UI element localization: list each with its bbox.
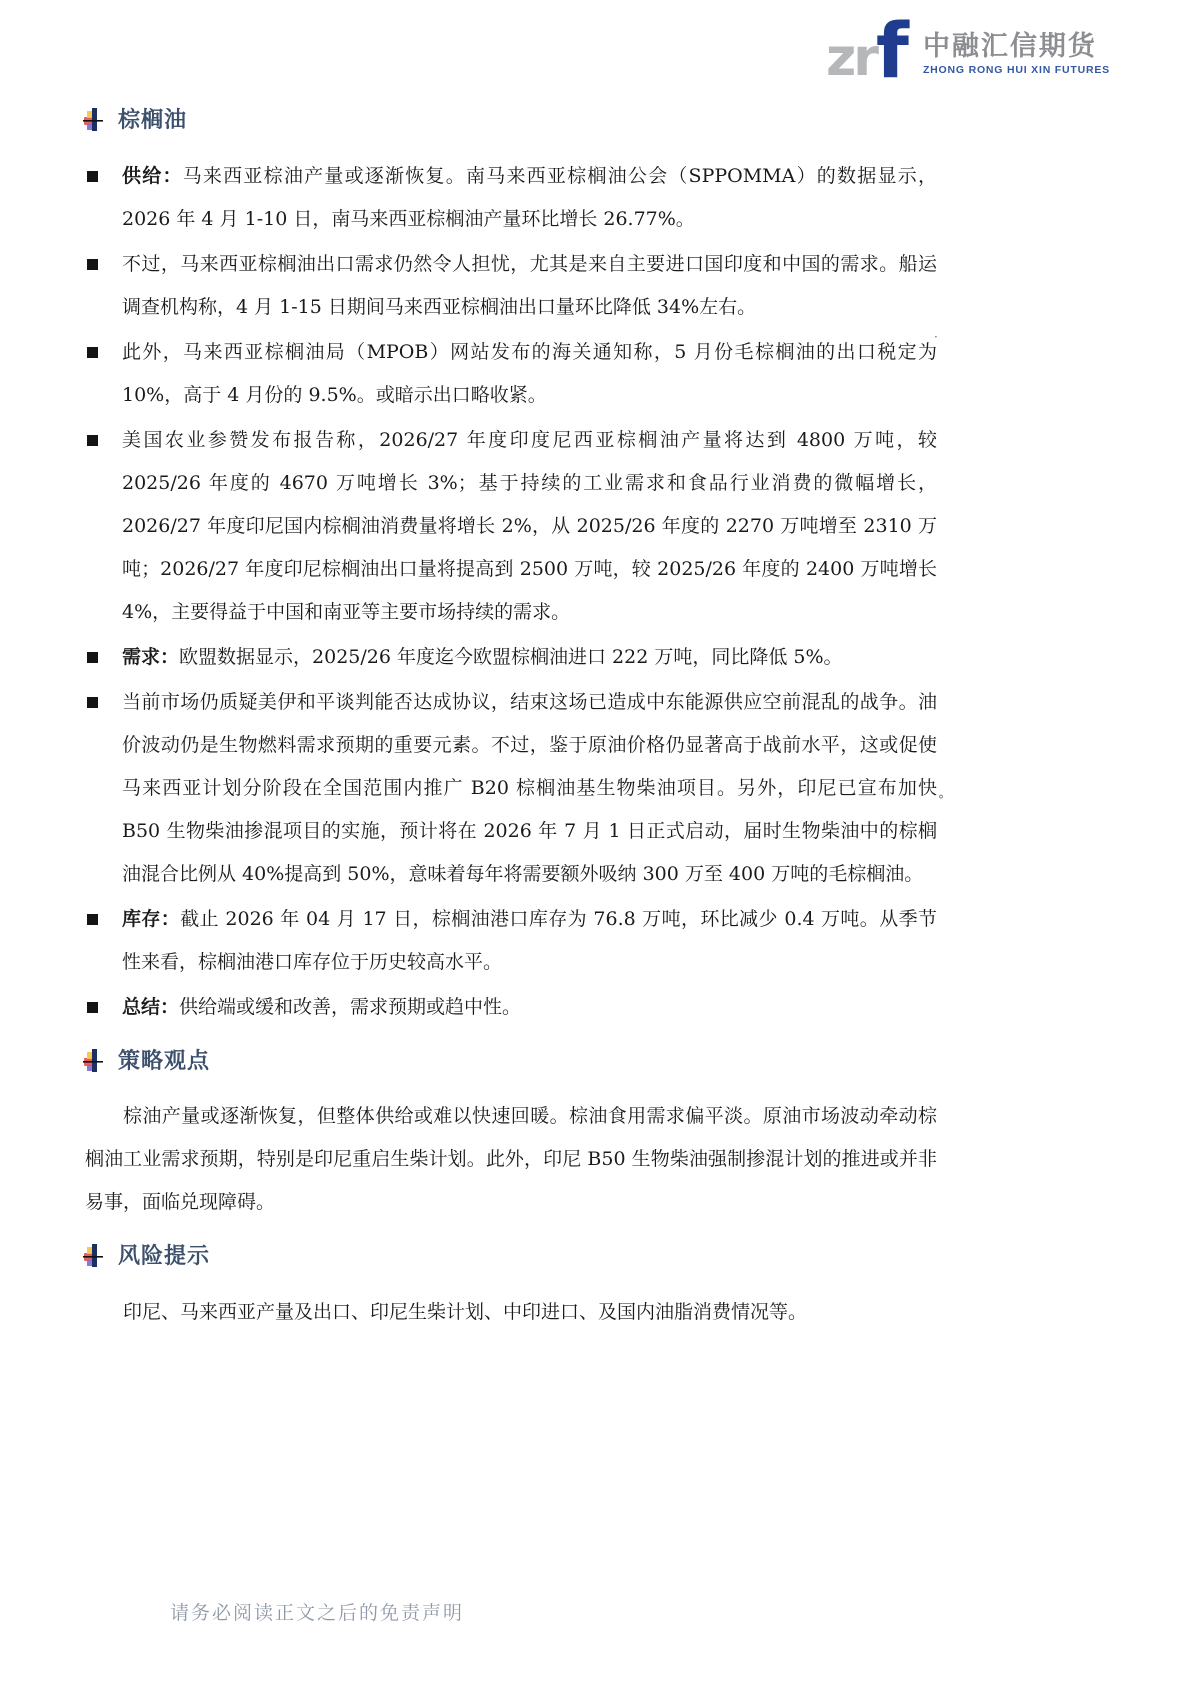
bullet-lead: 供给：	[122, 165, 183, 187]
bullet-text: 美国农业参赞发布报告称，2026/27 年度印度尼西亚棕榈油产量将达到 4800…	[122, 419, 937, 634]
company-logo: zr f 中融汇信期货 ZHONG RONG HUI XIN FUTURES	[826, 24, 1110, 77]
bullet-item-demand: 需求：欧盟数据显示，2025/26 年度迄今欧盟棕榈油进口 222 万吨，同比降…	[85, 636, 937, 679]
bullet-lead: 库存：	[122, 908, 180, 930]
footer-disclaimer: 请务必阅读正文之后的免责声明	[170, 1598, 464, 1625]
palm-bullet-list: 供给：马来西亚棕油产量或逐渐恢复。南马来西亚棕榈油公会（SPPOMMA）的数据显…	[85, 155, 937, 1029]
section-heading-risk: 风险提示	[83, 1242, 937, 1271]
bullet-body: 美国农业参赞发布报告称，2026/27 年度印度尼西亚棕榈油产量将达到 4800…	[122, 429, 937, 623]
bullet-lead: 需求：	[122, 646, 179, 668]
bullet-body: 马来西亚棕油产量或逐渐恢复。南马来西亚棕榈油公会（SPPOMMA）的数据显示，2…	[122, 165, 937, 230]
logo-f-letter: f	[876, 24, 909, 77]
stray-mark: °	[938, 793, 944, 807]
bullet-body: 欧盟数据显示，2025/26 年度迄今欧盟棕榈油进口 222 万吨，同比降低 5…	[179, 646, 843, 668]
bullet-text: 库存：截止 2026 年 04 月 17 日，棕榈油港口库存为 76.8 万吨，…	[122, 898, 937, 984]
square-bullet-icon	[87, 259, 98, 270]
bullet-item-export-tax: 此外，马来西亚棕榈油局（MPOB）网站发布的海关通知称，5 月份毛棕榈油的出口税…	[85, 331, 937, 417]
bullet-item-inventory: 库存：截止 2026 年 04 月 17 日，棕榈油港口库存为 76.8 万吨，…	[85, 898, 937, 984]
section-title-strategy: 策略观点	[118, 1047, 210, 1076]
report-page: zr f 中融汇信期货 ZHONG RONG HUI XIN FUTURES 棕…	[0, 0, 1190, 1683]
risk-paragraph: 印尼、马来西亚产量及出口、印尼生柴计划、中印进口、及国内油脂消费情况等。	[85, 1291, 937, 1334]
bullet-item-usda-report: 美国农业参赞发布报告称，2026/27 年度印度尼西亚棕榈油产量将达到 4800…	[85, 419, 937, 634]
bullet-item-export-demand: 不过，马来西亚棕榈油出口需求仍然令人担忧，尤其是来自主要进口国印度和中国的需求。…	[85, 243, 937, 329]
square-bullet-icon	[87, 652, 98, 663]
bullet-body: 不过，马来西亚棕榈油出口需求仍然令人担忧，尤其是来自主要进口国印度和中国的需求。…	[122, 253, 937, 318]
zrf-logo-mark: zr f	[826, 24, 909, 77]
strategy-paragraph: 棕油产量或逐渐恢复，但整体供给或难以快速回暖。棕油食用需求偏平淡。原油市场波动牵…	[85, 1095, 937, 1224]
report-body: 棕榈油 供给：马来西亚棕油产量或逐渐恢复。南马来西亚棕榈油公会（SPPOMMA）…	[0, 0, 1190, 1334]
bullet-lead: 总结：	[122, 996, 179, 1018]
bullet-text: 当前市场仍质疑美伊和平谈判能否达成协议，结束这场已造成中东能源供应空前混乱的战争…	[122, 681, 937, 896]
colored-plus-bullet-icon	[83, 1244, 103, 1268]
bullet-text: 不过，马来西亚棕榈油出口需求仍然令人担忧，尤其是来自主要进口国印度和中国的需求。…	[122, 243, 937, 329]
section-title-palm-oil: 棕榈油	[118, 106, 187, 135]
colored-plus-bullet-icon	[83, 108, 103, 132]
bullet-body: 供给端或缓和改善，需求预期或趋中性。	[179, 996, 521, 1018]
section-heading-strategy: 策略观点	[83, 1047, 937, 1076]
colored-plus-bullet-icon	[83, 1049, 103, 1073]
bullet-body: 此外，马来西亚棕榈油局（MPOB）网站发布的海关通知称，5 月份毛棕榈油的出口税…	[122, 341, 937, 406]
square-bullet-icon	[87, 697, 98, 708]
section-heading-palm-oil: 棕榈油	[83, 106, 937, 135]
bullet-text: 此外，马来西亚棕榈油局（MPOB）网站发布的海关通知称，5 月份毛棕榈油的出口税…	[122, 331, 937, 417]
bullet-body: 截止 2026 年 04 月 17 日，棕榈油港口库存为 76.8 万吨，环比减…	[122, 908, 937, 973]
bullet-text: 供给：马来西亚棕油产量或逐渐恢复。南马来西亚棕榈油公会（SPPOMMA）的数据显…	[122, 155, 937, 241]
bullet-body: 当前市场仍质疑美伊和平谈判能否达成协议，结束这场已造成中东能源供应空前混乱的战争…	[122, 691, 937, 885]
logo-wordmark: 中融汇信期货 ZHONG RONG HUI XIN FUTURES	[923, 33, 1110, 78]
bullet-item-supply: 供给：马来西亚棕油产量或逐渐恢复。南马来西亚棕榈油公会（SPPOMMA）的数据显…	[85, 155, 937, 241]
bullet-item-crude-biodiesel: 当前市场仍质疑美伊和平谈判能否达成协议，结束这场已造成中东能源供应空前混乱的战争…	[85, 681, 937, 896]
logo-zr-letters: zr	[826, 40, 876, 77]
square-bullet-icon	[87, 435, 98, 446]
square-bullet-icon	[87, 1002, 98, 1013]
stray-mark: ·	[934, 330, 938, 344]
logo-company-name-cn: 中融汇信期货	[923, 33, 1097, 60]
logo-company-name-en: ZHONG RONG HUI XIN FUTURES	[923, 65, 1110, 76]
bullet-text: 总结：供给端或缓和改善，需求预期或趋中性。	[122, 986, 937, 1029]
square-bullet-icon	[87, 347, 98, 358]
bullet-item-summary: 总结：供给端或缓和改善，需求预期或趋中性。	[85, 986, 937, 1029]
bullet-text: 需求：欧盟数据显示，2025/26 年度迄今欧盟棕榈油进口 222 万吨，同比降…	[122, 636, 937, 679]
square-bullet-icon	[87, 171, 98, 182]
square-bullet-icon	[87, 914, 98, 925]
section-title-risk: 风险提示	[118, 1242, 210, 1271]
